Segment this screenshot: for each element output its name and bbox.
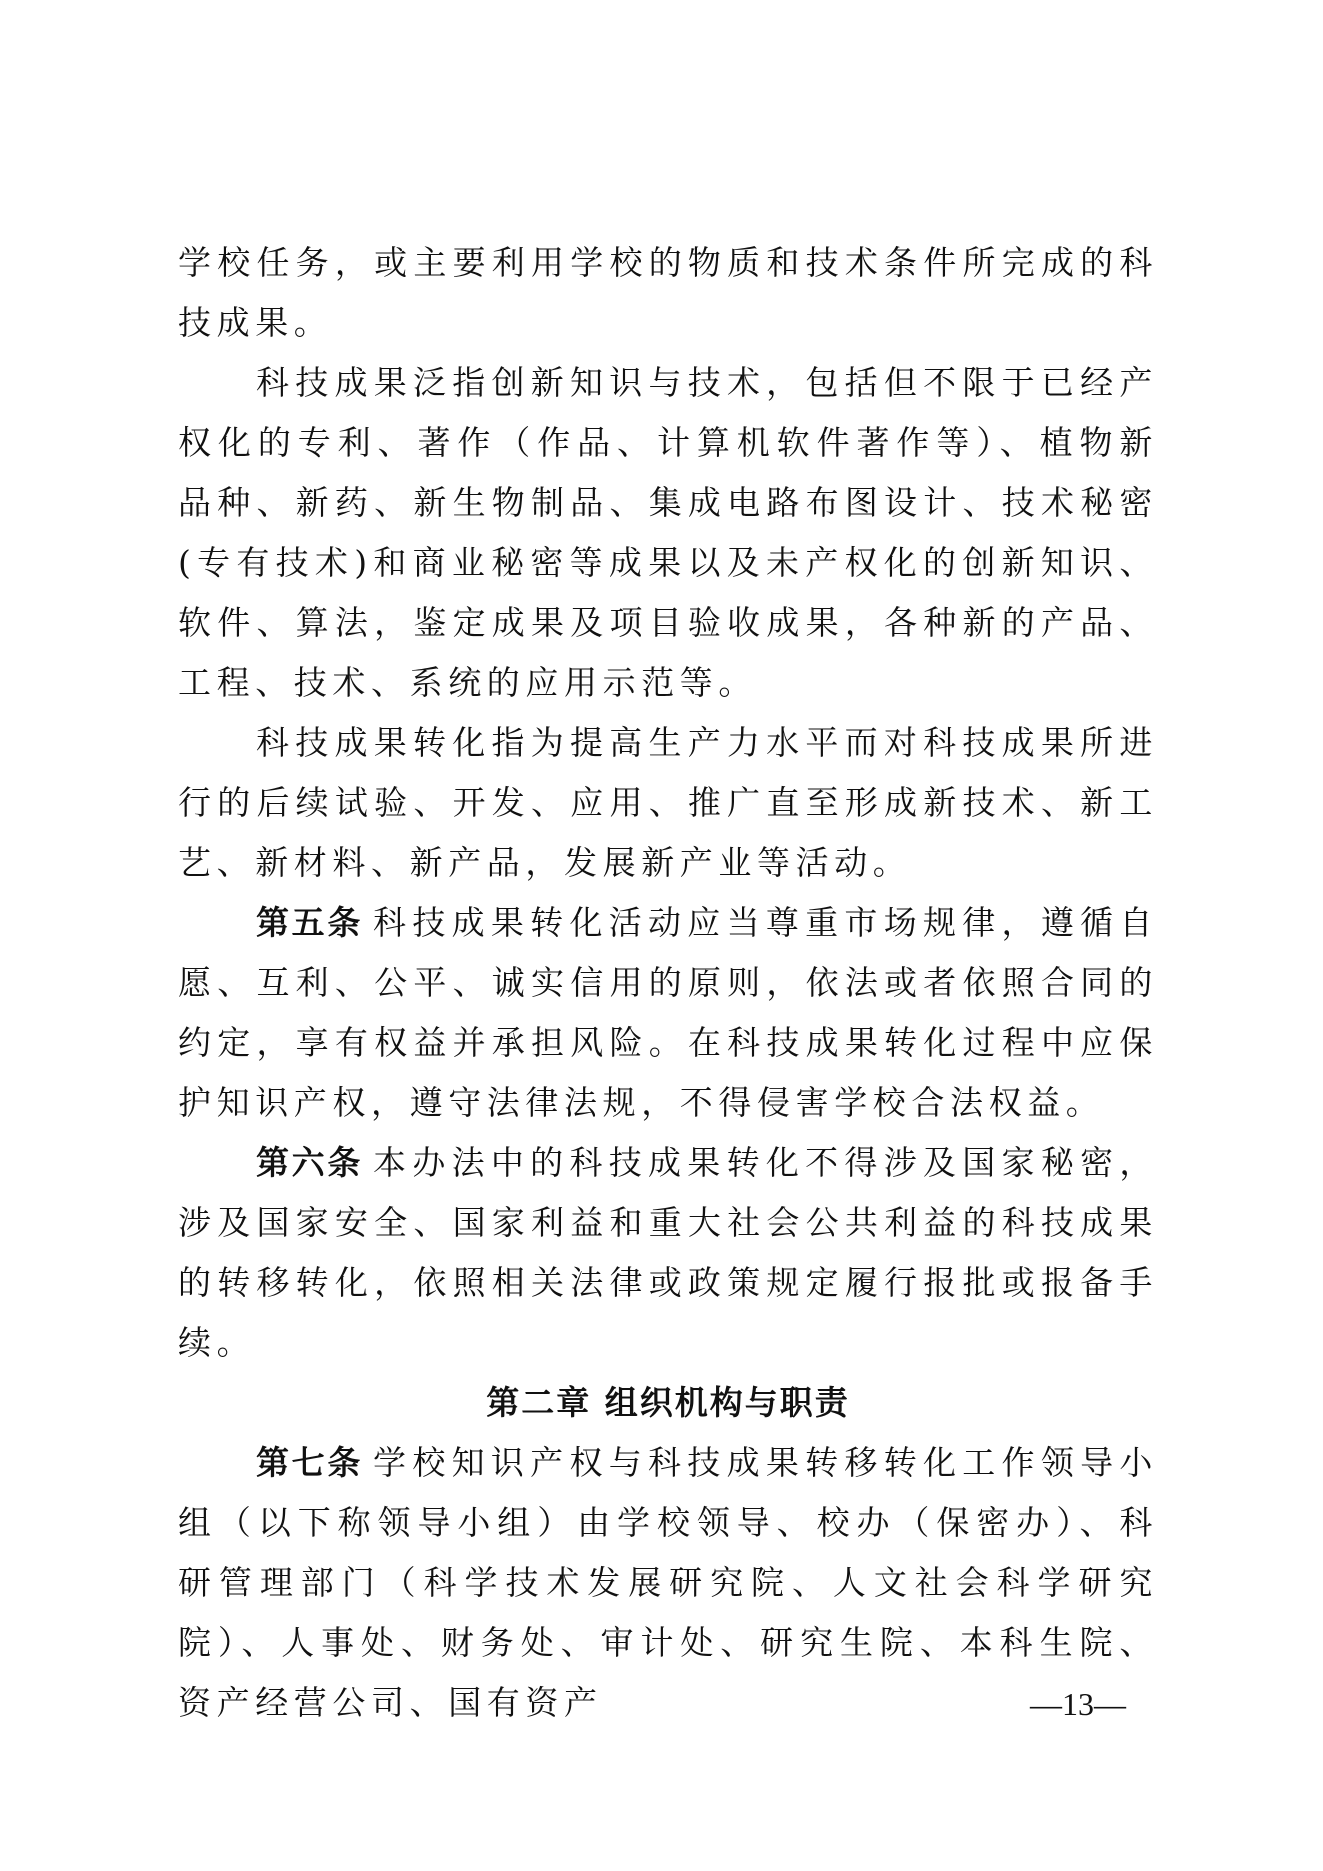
article-label: 第七条 <box>256 1443 363 1482</box>
article-5: 第五条科技成果转化活动应当尊重市场规律，遵循自愿、互利、公平、诚实信用的原则，依… <box>178 893 1158 1133</box>
article-label: 第五条 <box>256 903 363 942</box>
article-6: 第六条本办法中的科技成果转化不得涉及国家秘密，涉及国家安全、国家利益和重大社会公… <box>178 1133 1158 1373</box>
document-page: 学校任务，或主要利用学校的物质和技术条件所完成的科技成果。 科技成果泛指创新知识… <box>178 233 1158 1733</box>
paragraph-definition-achievements: 科技成果泛指创新知识与技术，包括但不限于已经产权化的专利、著作（作品、计算机软件… <box>178 353 1158 713</box>
paragraph-text: 科技成果泛指创新知识与技术，包括但不限于已经产权化的专利、著作（作品、计算机软件… <box>178 363 1158 702</box>
article-label: 第六条 <box>256 1143 363 1182</box>
paragraph-text: 学校任务，或主要利用学校的物质和技术条件所完成的科技成果。 <box>178 243 1158 342</box>
article-7: 第七条学校知识产权与科技成果转移转化工作领导小组（以下称领导小组）由学校领导、校… <box>178 1433 1158 1733</box>
paragraph-continuation: 学校任务，或主要利用学校的物质和技术条件所完成的科技成果。 <box>178 233 1158 353</box>
paragraph-text: 学校知识产权与科技成果转移转化工作领导小组（以下称领导小组）由学校领导、校办（保… <box>178 1443 1158 1722</box>
page-number: —13— <box>1030 1686 1126 1723</box>
paragraph-definition-transformation: 科技成果转化指为提高生产力水平而对科技成果所进行的后续试验、开发、应用、推广直至… <box>178 713 1158 893</box>
chapter-title: 第二章 组织机构与职责 <box>178 1373 1158 1433</box>
paragraph-text: 科技成果转化指为提高生产力水平而对科技成果所进行的后续试验、开发、应用、推广直至… <box>178 723 1158 882</box>
